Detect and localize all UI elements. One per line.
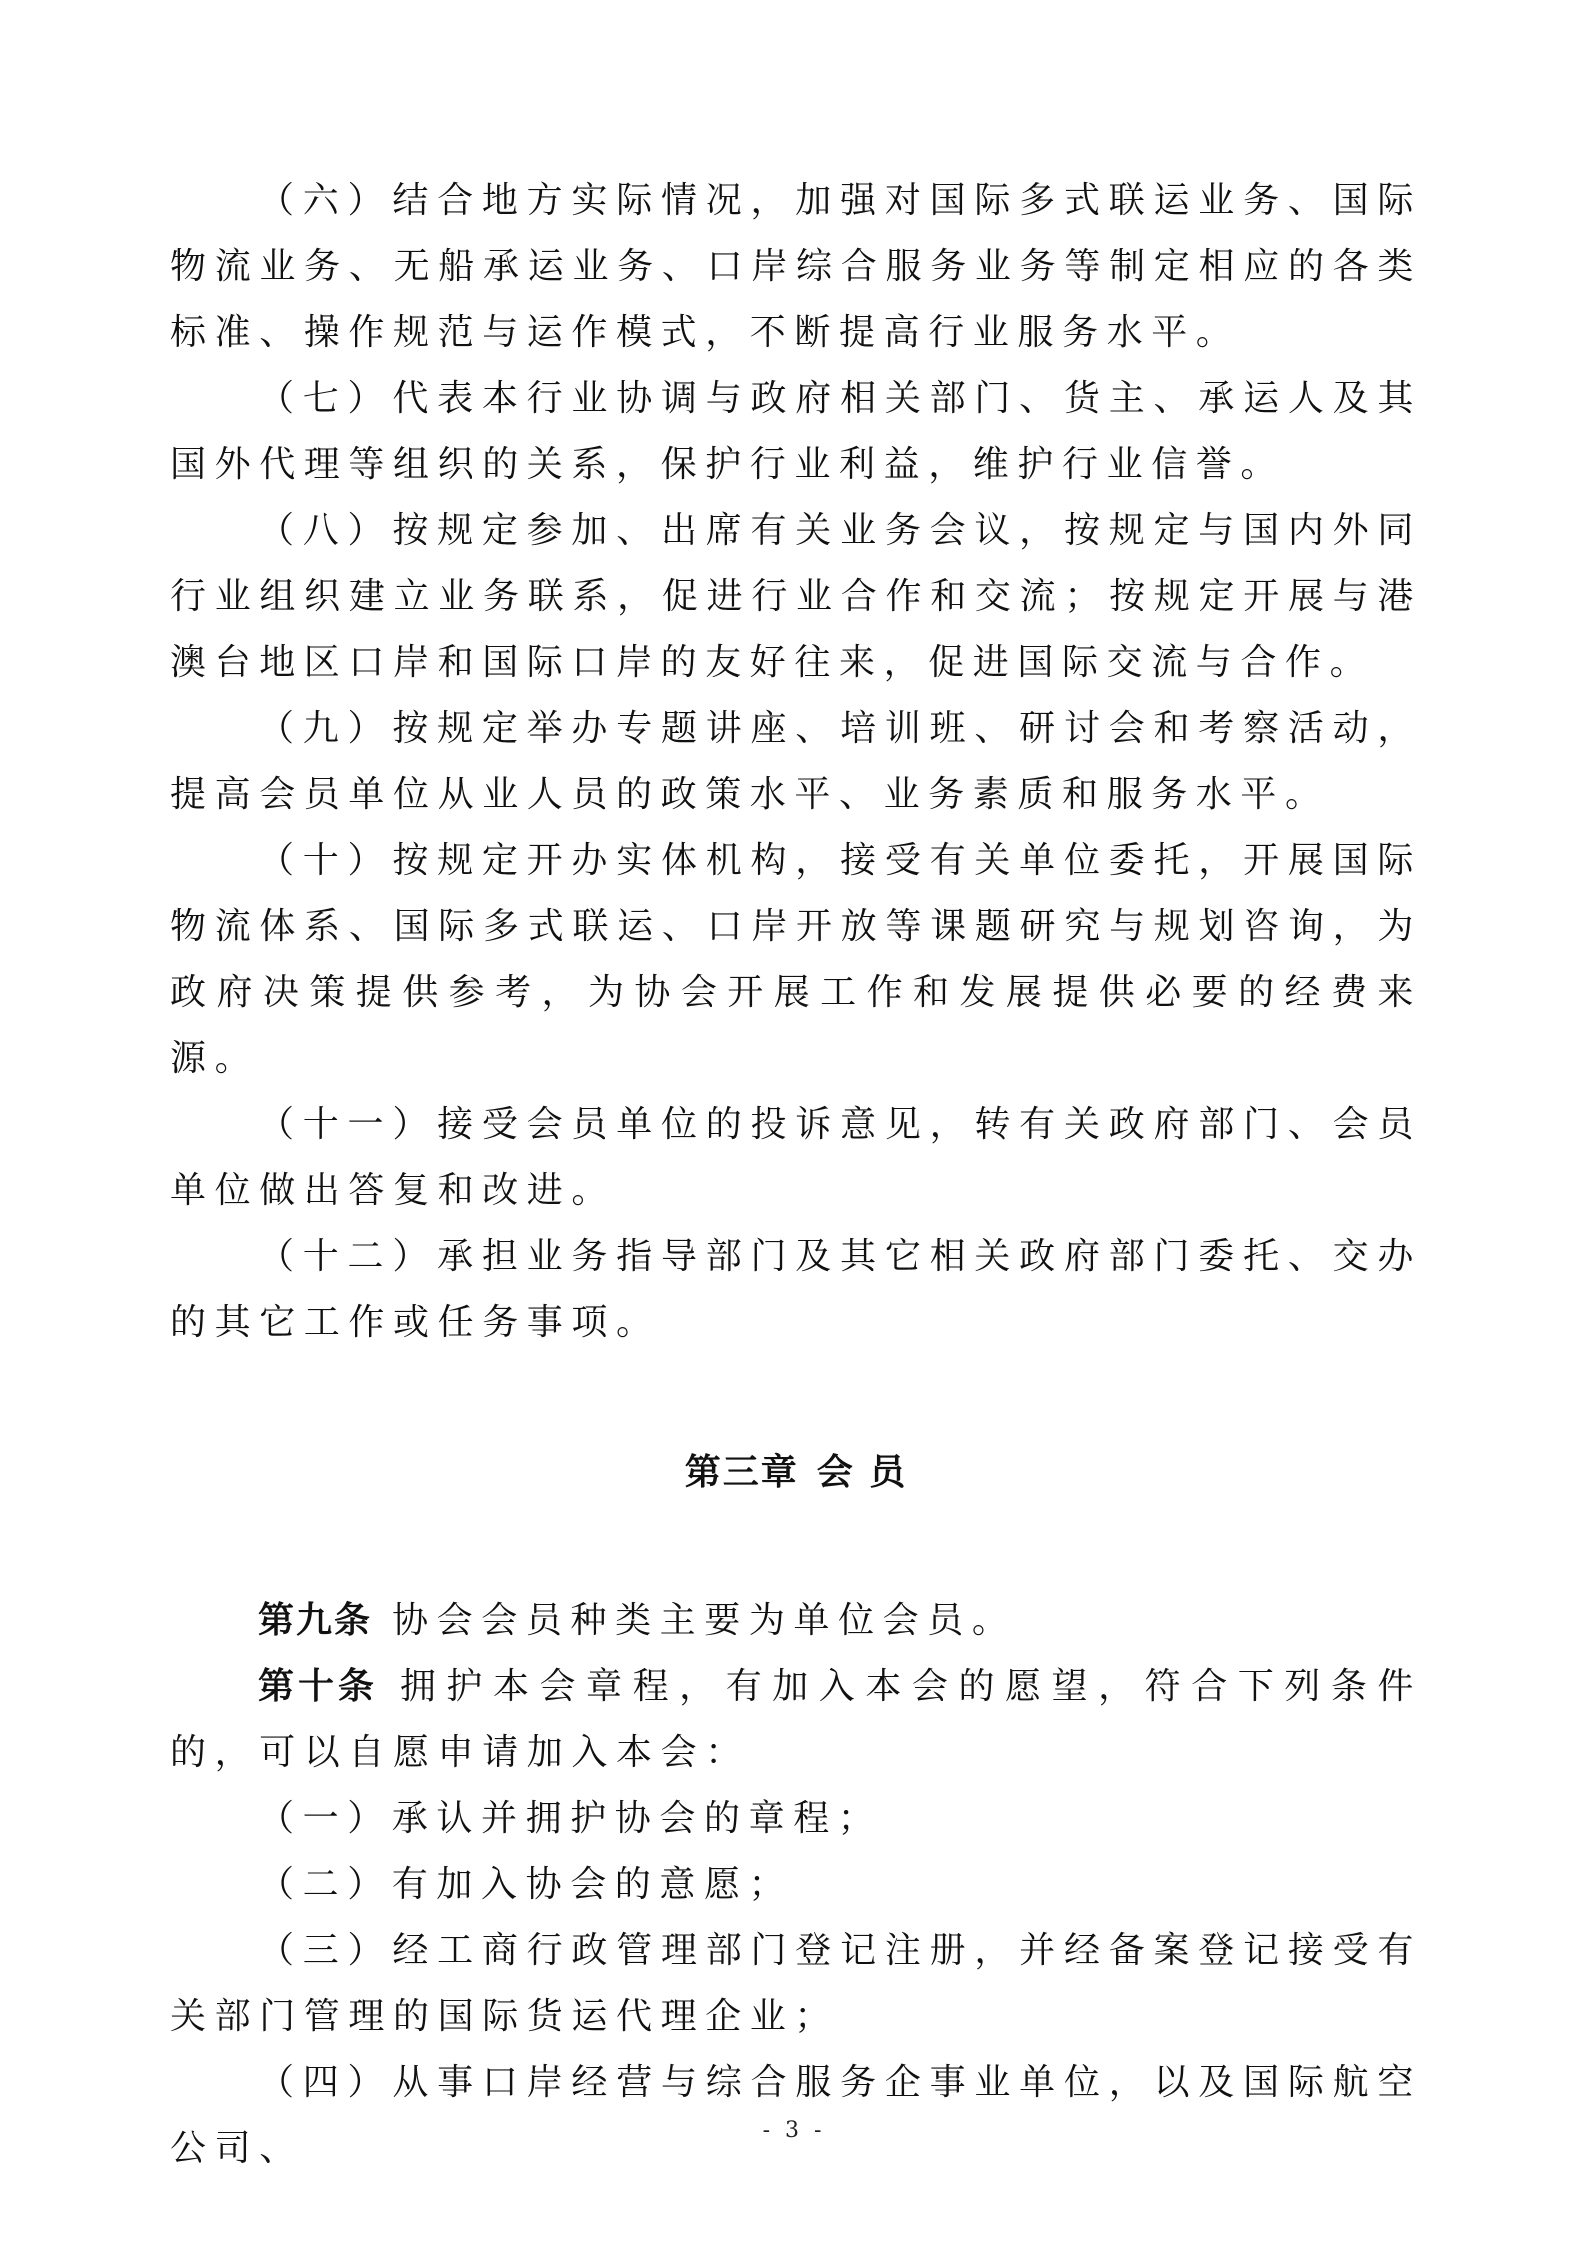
article-9: 第九条 协会会员种类主要为单位会员。 bbox=[170, 1588, 1422, 1654]
condition-item-1: （一）承认并拥护协会的章程； bbox=[170, 1786, 1422, 1852]
article-title: 第九条 bbox=[258, 1600, 372, 1641]
chapter-number: 第三章 bbox=[685, 1452, 799, 1493]
paragraph-item-9: （九）按规定举办专题讲座、培训班、研讨会和考察活动，提高会员单位从业人员的政策水… bbox=[170, 696, 1422, 828]
paragraph-item-8: （八）按规定参加、出席有关业务会议，按规定与国内外同行业组织建立业务联系，促进行… bbox=[170, 498, 1422, 696]
page-number: - 3 - bbox=[0, 2118, 1588, 2143]
article-text: 协会会员种类主要为单位会员。 bbox=[392, 1600, 1016, 1641]
paragraph-item-11: （十一）接受会员单位的投诉意见，转有关政府部门、会员单位做出答复和改进。 bbox=[170, 1092, 1422, 1224]
condition-item-2: （二）有加入协会的意愿； bbox=[170, 1852, 1422, 1918]
document-page: （六）结合地方实际情况，加强对国际多式联运业务、国际物流业务、无船承运业务、口岸… bbox=[170, 168, 1422, 2182]
condition-item-3: （三）经工商行政管理部门登记注册，并经备案登记接受有关部门管理的国际货运代理企业… bbox=[170, 1918, 1422, 2050]
condition-item-4: （四）从事口岸经营与综合服务企事业单位，以及国际航空公司、 bbox=[170, 2050, 1422, 2182]
chapter-title: 会 员 bbox=[817, 1452, 908, 1493]
paragraph-item-6: （六）结合地方实际情况，加强对国际多式联运业务、国际物流业务、无船承运业务、口岸… bbox=[170, 168, 1422, 366]
paragraph-item-10: （十）按规定开办实体机构，接受有关单位委托，开展国际物流体系、国际多式联运、口岸… bbox=[170, 828, 1422, 1092]
paragraph-item-7: （七）代表本行业协调与政府相关部门、货主、承运人及其国外代理等组织的关系，保护行… bbox=[170, 366, 1422, 498]
chapter-heading: 第三章会 员 bbox=[170, 1440, 1422, 1506]
paragraph-item-12: （十二）承担业务指导部门及其它相关政府部门委托、交办的其它工作或任务事项。 bbox=[170, 1224, 1422, 1356]
article-title: 第十条 bbox=[258, 1666, 378, 1707]
article-10: 第十条 拥护本会章程，有加入本会的愿望，符合下列条件的，可以自愿申请加入本会： bbox=[170, 1654, 1422, 1786]
